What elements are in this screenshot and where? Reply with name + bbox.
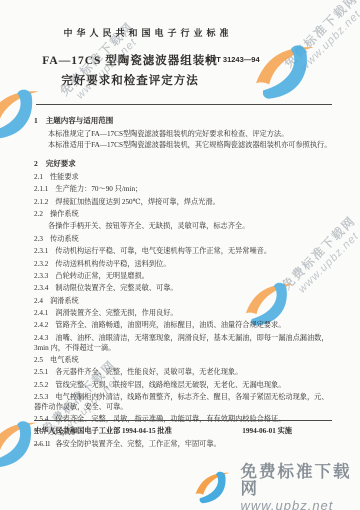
clause-text: 凸轮转动正常，无明显磨损。 (55, 272, 148, 280)
clause-row: 2.3.2传动送料机构传动平稳，送料到位。 (34, 260, 334, 270)
section-number: 2 (34, 159, 38, 168)
clause-number: 2.4 (34, 297, 43, 305)
document-body: 1主题内容与适用范围 本标准规定了FA—17CS型陶瓷滤波器组装机的完好要求和检… (34, 113, 334, 452)
clause-text: 性能要求 (50, 173, 79, 181)
clause-text: 制动限位装置齐全、完整灵敏、可靠。 (55, 284, 177, 292)
clause-row: 2.5电气系统 (34, 356, 334, 366)
clause-text: 各操作手柄开关、按钮等齐全、无缺损，灵敏可靠，标志齐全。 (48, 222, 249, 230)
section-number: 1 (34, 116, 38, 125)
clause-row: 2.5.2管线完整、无损，联接牢固，线路绝缘层无破裂，无老化、无漏电现象。 (34, 381, 334, 391)
clause-row: 2.5.3电气控制柜内外清洁，线路布置整齐，标志齐全、醒目，各端子紧固无松动现象… (34, 393, 334, 413)
clause-row: 2.1.1生产能力：70～90 只/min； (34, 185, 334, 195)
clause-row: 2.4.3油嘴、油杯、油眼清洁，无堵塞现象，润滑良好，基本无漏油，即每一漏油点漏… (34, 334, 334, 354)
doc-title: FA—17CS 型陶瓷滤波器组装机 (0, 52, 260, 68)
clause-text: 润滑装置齐全、完整无损，作用良好。 (55, 309, 177, 317)
clause-text: 传动机构运行平稳、可靠，电气变速机构等工作正常，无异常噪音。 (55, 247, 271, 255)
clause-row: 2.3.1传动机构运行平稳、可靠，电气变速机构等工作正常，无异常噪音。 (34, 247, 334, 257)
clause-text: 管路齐全、油路畅通，油窗明亮，油标醒目，油质、油量符合规定要求。 (55, 321, 285, 329)
brand-watermark: 免费标准下载网 www.upbz.net (192, 464, 360, 510)
clause-number: 2.5 (34, 356, 43, 364)
clause-text: 传动送料机构传动平稳，送料到位。 (55, 260, 170, 268)
clause-text: 润滑系统 (50, 297, 79, 305)
document-page: 免费标准下载网 www.upbz.net 免费标准下载网 www.upbz.ne… (0, 0, 360, 510)
clause-text: 电气系统 (50, 356, 79, 364)
header-rule (36, 104, 332, 105)
clause-number: 2.5.3 (34, 393, 48, 401)
clause-number: 2.4.2 (34, 321, 48, 329)
footer-rule (34, 420, 332, 421)
clause-text: 焊接缸加热温度达到 250℃，焊接可靠，焊点光滑。 (55, 198, 219, 206)
clause-number: 2.1.1 (34, 185, 48, 193)
clause-number: 2.3.4 (34, 284, 48, 292)
section-heading: 2完好要求 (34, 159, 334, 169)
clause-row: 2.4润滑系统 (34, 297, 334, 307)
document-footer: 中华人民共和国电子工业部 1994-04-15 批准 1994-06-01 实施… (34, 420, 332, 448)
clause-number: 2.3.3 (34, 272, 48, 280)
clause-row: 2.1性能要求 (34, 173, 334, 183)
clause-text: 各元器件齐全、完整，性能良好，灵敏可靠，无老化现象。 (55, 368, 242, 376)
doc-subtitle: 完好要求和检查评定方法 (0, 72, 260, 88)
clause-text: 操作系统 (50, 210, 79, 218)
clause-row: 2.3.4制动限位装置齐全、完整灵敏、可靠。 (34, 284, 334, 294)
clause-text: 生产能力：70～90 只/min； (55, 185, 142, 193)
brand-site-name: 免费标准下载网 (240, 464, 360, 499)
footer-implementation: 1994-06-01 实施 (242, 426, 292, 436)
clause-number: 2.5.1 (34, 368, 48, 376)
section-heading: 1主题内容与适用范围 (34, 116, 334, 126)
clause-number: 2.1.2 (34, 198, 48, 206)
clause-text: 传动系统 (50, 235, 79, 243)
clause-row: 2.2操作系统 (34, 210, 334, 220)
clause-row: 各操作手柄开关、按钮等齐全、无缺损，灵敏可靠，标志齐全。 (34, 222, 334, 232)
clause-row: 2.3传动系统 (34, 235, 334, 245)
clause-text: 管线完整、无损，联接牢固，线路绝缘层无破裂，无老化、无漏电现象。 (55, 381, 285, 389)
section-title: 主题内容与适用范围 (46, 116, 114, 125)
clause-number: 2.3 (34, 235, 43, 243)
clause-row: 2.5.1各元器件齐全、完整，性能良好，灵敏可靠，无老化现象。 (34, 368, 334, 378)
clause-number: 2.3.1 (34, 247, 48, 255)
page-number: — 1 — (34, 440, 332, 448)
clause-number: 2.4.1 (34, 309, 48, 317)
clause-row: 2.4.1润滑装置齐全、完整无损，作用良好。 (34, 309, 334, 319)
clause-list: 2.1性能要求 2.1.1生产能力：70～90 只/min； 2.1.2焊接缸加… (34, 173, 334, 450)
footer-approval: 中华人民共和国电子工业部 1994-04-15 批准 (34, 426, 172, 436)
clause-number: 2.4.3 (34, 334, 48, 342)
brand-site-url: www.upbz.net (240, 499, 360, 510)
clause-number: 2.3.2 (34, 260, 48, 268)
clause-row: 2.3.3凸轮转动正常，无明显磨损。 (34, 272, 334, 282)
clause-number: 2.1 (34, 173, 43, 181)
paragraph: 本标准适用于FA—17CS型陶瓷滤波器组装机，其它规格陶瓷滤波器组装机亦可参照执… (34, 141, 334, 151)
section-title: 完好要求 (46, 159, 76, 168)
standard-type: 中华人民共和国电子行业标准 (0, 26, 296, 39)
clause-number: 2.5.2 (34, 381, 48, 389)
up-logo-icon (192, 467, 234, 509)
clause-row: 2.1.2焊接缸加热温度达到 250℃，焊接可靠，焊点光滑。 (34, 198, 334, 208)
clause-number: 2.2 (34, 210, 43, 218)
paragraph: 本标准规定了FA—17CS型陶瓷滤波器组装机的完好要求和检查、评定方法。 (34, 130, 334, 140)
clause-text: 油嘴、油杯、油眼清洁，无堵塞现象，润滑良好，基本无漏油，即每一漏油点漏油数，3m… (34, 334, 329, 352)
clause-row: 2.4.2管路齐全、油路畅通，油窗明亮，油标醒目，油质、油量符合规定要求。 (34, 321, 334, 331)
clause-text: 电气控制柜内外清洁，线路布置整齐，标志齐全、醒目，各端子紧固无松动现象，元、器件… (34, 393, 329, 411)
